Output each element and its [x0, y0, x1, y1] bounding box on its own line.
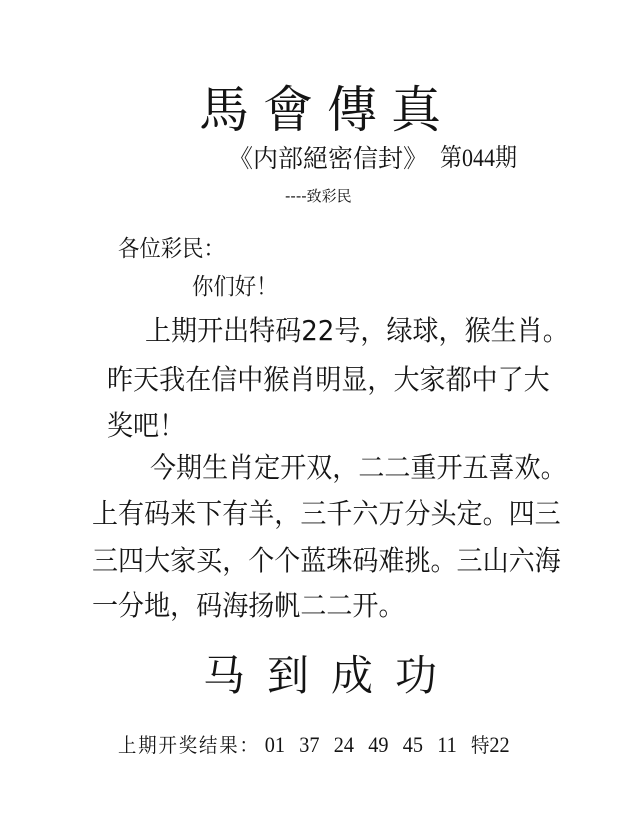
draw-number: 24 — [334, 732, 354, 757]
special-number: 22 — [489, 732, 509, 757]
motto: 马到成功 — [0, 648, 640, 704]
draw-number: 49 — [368, 732, 388, 757]
draw-number: 01 — [265, 732, 285, 757]
result-label: 上期开奖结果： — [118, 733, 260, 757]
letter-line: 三四大家买，个个蓝珠码难挑。三山六海 — [92, 541, 561, 581]
letter-line: 今期生肖定开双，二二重开五喜欢。 — [150, 448, 567, 488]
draw-number: 11 — [437, 732, 456, 757]
letter-body: 各位彩民： 你们好！ 上期开出特码22号，绿球，猴生肖。 昨天我在信中猴肖明显，… — [0, 0, 640, 831]
letter-line: 奖吧！ — [107, 406, 185, 446]
letter-line: 上有码来下有羊，三千六万分头定。四三 — [92, 494, 561, 534]
draw-number: 45 — [403, 732, 423, 757]
draw-number: 37 — [299, 732, 319, 757]
salutation: 各位彩民： — [118, 232, 225, 266]
letter-line: 昨天我在信中猴肖明显，大家都中了大 — [107, 360, 550, 400]
greeting: 你们好！ — [192, 270, 278, 304]
last-draw-result: 上期开奖结果： 01 37 24 49 45 11 特22 — [118, 730, 510, 760]
letter-line: 一分地，码海扬帆二二开。 — [92, 586, 404, 626]
special-label: 特 — [471, 733, 489, 757]
letter-line: 上期开出特码22号，绿球，猴生肖。 — [145, 311, 569, 351]
